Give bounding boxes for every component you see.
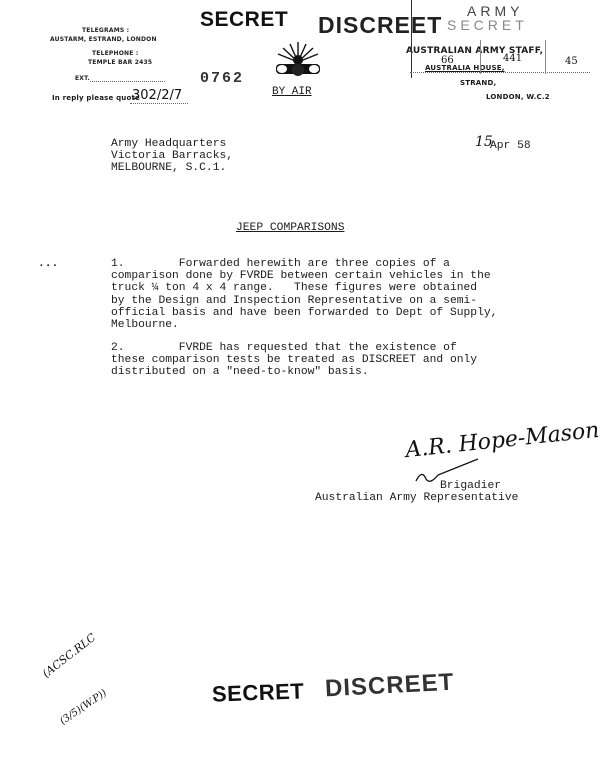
- reply-rule: [130, 103, 188, 104]
- paragraph-1-line: comparison done by FVRDE between certain…: [111, 270, 497, 282]
- stamp-box-line: [545, 40, 546, 74]
- street: STRAND,: [460, 79, 496, 87]
- telegrams-value: AUSTARM, ESTRAND, LONDON: [50, 36, 157, 43]
- subject-heading: JEEP COMPARISONS: [236, 222, 344, 234]
- paragraph-1-line: Melbourne.: [111, 319, 497, 331]
- stamp-box-line: [411, 0, 412, 78]
- recipient-line-3: MELBOURNE, S.C.1.: [111, 162, 226, 174]
- handwritten-note-line-2: (3/5)(W.P)): [58, 688, 109, 727]
- ext-label: EXT.: [75, 75, 90, 82]
- discreet-stamp-bottom: DISCREET: [324, 669, 455, 704]
- secret-stamp-bottom: SECRET: [212, 678, 305, 707]
- by-air-label: BY AIR: [272, 86, 312, 98]
- telegrams-label: TELEGRAMS :: [82, 27, 129, 34]
- discreet-stamp-top: DISCREET: [318, 12, 442, 39]
- building-name: AUSTRALIA HOUSE,: [425, 64, 505, 72]
- signatory-role: Australian Army Representative: [315, 492, 518, 504]
- city: LONDON, W.C.2: [486, 93, 550, 101]
- secret-stamp-top: SECRET: [200, 8, 288, 32]
- stamp-box-rule: [410, 72, 590, 73]
- army-secret-stamp: SECRET: [447, 17, 528, 33]
- stamp-box-line: [480, 40, 481, 74]
- handwritten-note-line-1: (ACSC.RLC: [40, 631, 98, 680]
- reply-reference: 302/2/7: [132, 88, 182, 103]
- paragraph-1-line: 1. Forwarded herewith are three copies o…: [111, 258, 497, 270]
- paragraph-2-line: distributed on a "need-to-know" basis.: [111, 366, 477, 378]
- paragraph-1-line: official basis and have been forwarded t…: [111, 307, 497, 319]
- handwritten-number-3: 45: [565, 56, 578, 67]
- org-name: AUSTRALIAN ARMY STAFF,: [406, 46, 543, 56]
- ext-rule: [90, 81, 165, 82]
- serial-number: 0762: [200, 70, 244, 87]
- paragraph-2-line: 2. FVRDE has requested that the existenc…: [111, 342, 477, 354]
- recipient-line-1: Army Headquarters: [111, 138, 226, 150]
- telephone-value: TEMPLE BAR 2435: [88, 59, 152, 66]
- paragraph-2-line: these comparison tests be treated as DIS…: [111, 354, 477, 366]
- rising-sun-emblem-icon: [268, 40, 328, 80]
- date-month-year: Apr 58: [490, 140, 531, 152]
- handwritten-number-2: 441: [503, 53, 522, 64]
- paragraph-1-line: by the Design and Inspection Representat…: [111, 295, 497, 307]
- signatory-title: Brigadier: [440, 480, 501, 492]
- reply-quote-label: In reply please quote: [52, 94, 140, 102]
- paragraph-1-line: truck ¼ ton 4 x 4 range. These figures w…: [111, 282, 497, 294]
- paragraph-1: 1. Forwarded herewith are three copies o…: [111, 258, 497, 331]
- telephone-label: TELEPHONE :: [92, 50, 138, 57]
- paragraph-2: 2. FVRDE has requested that the existenc…: [111, 342, 477, 379]
- margin-mark: ...: [38, 258, 58, 270]
- recipient-line-2: Victoria Barracks,: [111, 150, 233, 162]
